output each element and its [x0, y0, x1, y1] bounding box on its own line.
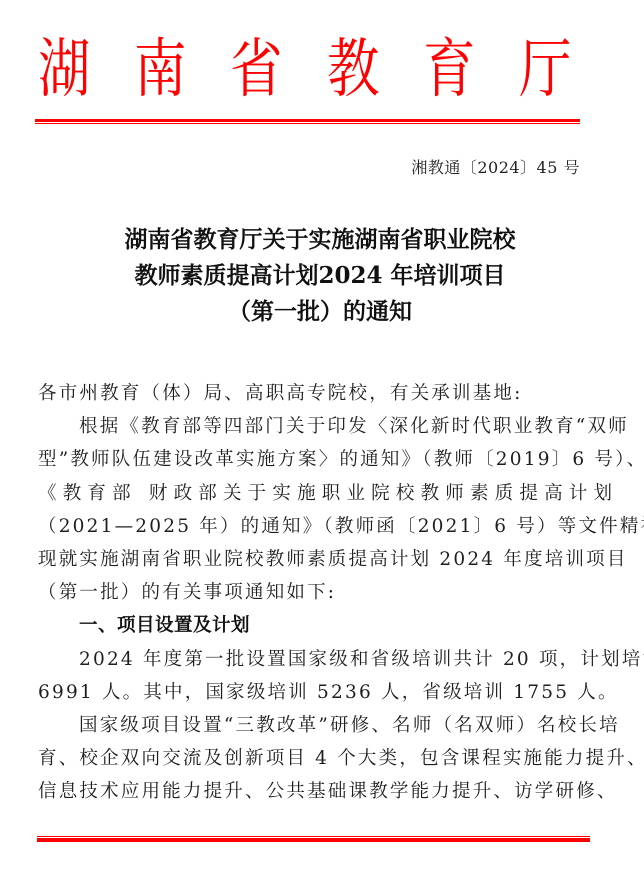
- masthead-char: 教: [327, 35, 379, 105]
- masthead-title: 湖 南 省 教 育 厅: [38, 30, 583, 110]
- body-line: 信息技术应用能力提升、公共基础课教学能力提升、访学研修、: [38, 775, 598, 808]
- title-line: 教师素质提高计划2024 年培训项目: [60, 258, 580, 294]
- body-line: 型”教师队伍建设改革实施方案〉的通知》（教师〔2019〕6 号）、: [38, 443, 598, 476]
- divider-thin-line: [35, 123, 580, 124]
- body-line: 2024 年度第一批设置国家级和省级培训共计 20 项，计划培训: [38, 643, 598, 676]
- title-line: 湖南省教育厅关于实施湖南省职业院校: [60, 222, 580, 258]
- page-divider-bottom: [37, 835, 590, 842]
- masthead-char: 省: [230, 35, 282, 105]
- masthead-char: 育: [423, 35, 475, 105]
- body-line: 根据《教育部等四部门关于印发〈深化新时代职业教育“双师: [38, 410, 598, 443]
- masthead-char: 南: [134, 35, 186, 105]
- divider-thick-line: [35, 119, 580, 122]
- body-line: 6991 人。其中，国家级培训 5236 人，省级培训 1755 人。: [38, 676, 598, 709]
- masthead-char: 湖: [38, 35, 90, 105]
- divider-thick-line: [37, 838, 590, 842]
- masthead-divider-top: [35, 119, 580, 125]
- salutation: 各市州教育（体）局、高职高专院校，有关承训基地:: [38, 377, 598, 410]
- document-title: 湖南省教育厅关于实施湖南省职业院校 教师素质提高计划2024 年培训项目 （第一…: [60, 222, 580, 330]
- body-line: （2021—2025 年）的通知》（教师函〔2021〕6 号）等文件精神，: [38, 510, 598, 543]
- body-line: 现就实施湖南省职业院校教师素质提高计划 2024 年度培训项目: [38, 543, 598, 576]
- body-line: 《教育部 财政部关于实施职业院校教师素质提高计划: [38, 477, 598, 510]
- document-body: 各市州教育（体）局、高职高专院校，有关承训基地: 根据《教育部等四部门关于印发〈…: [38, 377, 598, 809]
- section-heading: 一、项目设置及计划: [38, 609, 598, 642]
- body-line: 育、校企双向交流及创新项目 4 个大类，包含课程实施能力提升、: [38, 742, 598, 775]
- document-number: 湘教通〔2024〕45 号: [411, 157, 580, 179]
- body-line: 国家级项目设置“三教改革”研修、名师（名双师）名校长培: [38, 709, 598, 742]
- masthead-char: 厅: [519, 35, 571, 105]
- title-line: （第一批）的通知: [60, 294, 580, 330]
- divider-thin-line: [37, 836, 590, 837]
- body-line: （第一批）的有关事项通知如下:: [38, 576, 598, 609]
